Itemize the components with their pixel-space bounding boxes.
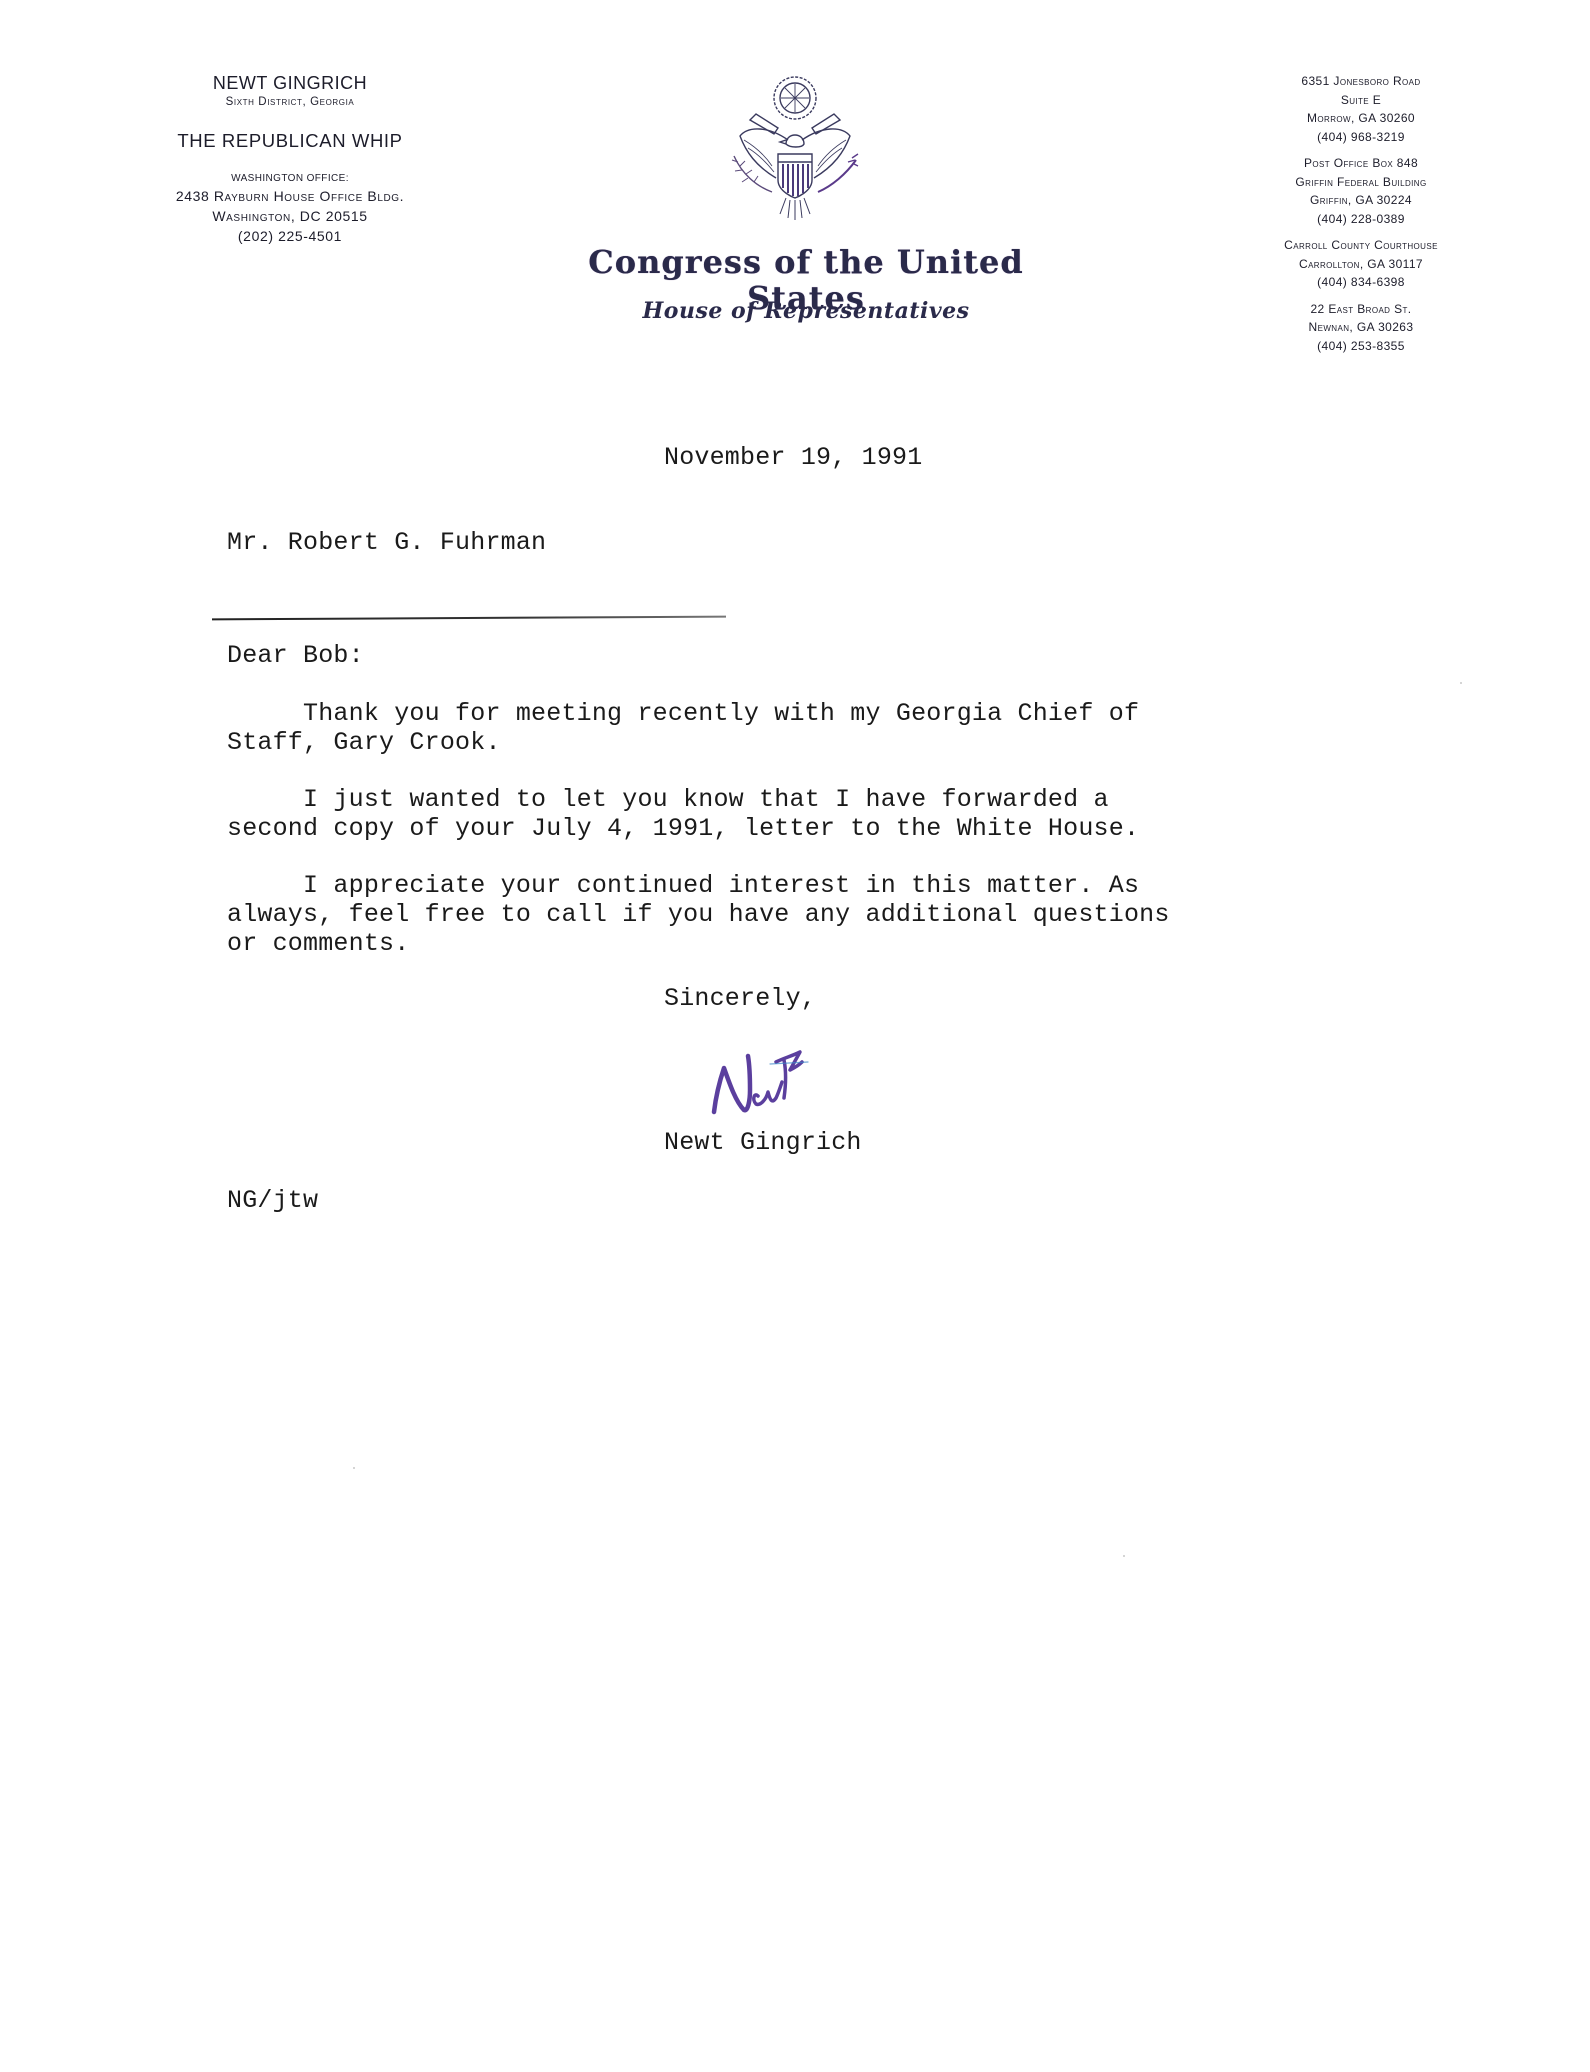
signer-name: Newt Gingrich [664, 1128, 862, 1157]
body-line: second copy of your July 4, 1991, letter… [227, 814, 1357, 843]
washington-phone: (202) 225-4501 [120, 226, 460, 246]
salutation: Dear Bob: [227, 641, 364, 670]
letterhead-left: NEWT GINGRICH Sixth District, Georgia TH… [120, 72, 460, 246]
office-line: 22 East Broad St. [1236, 300, 1486, 319]
letterhead-right-offices: 6351 Jonesboro Road Suite E Morrow, GA 3… [1236, 72, 1486, 363]
office-line: Suite E [1236, 91, 1486, 110]
body-paragraph-3: I appreciate your continued interest in … [227, 871, 1357, 958]
office-line: 6351 Jonesboro Road [1236, 72, 1486, 91]
address-underline [212, 616, 726, 621]
body-line: Thank you for meeting recently with my G… [227, 699, 1357, 728]
reference-initials: NG/jtw [227, 1186, 318, 1215]
letter-page: NEWT GINGRICH Sixth District, Georgia TH… [0, 0, 1590, 2072]
whip-title: THE REPUBLICAN WHIP [120, 130, 460, 152]
washington-address-line1: 2438 Rayburn House Office Bldg. [120, 186, 460, 206]
letter-date: November 19, 1991 [664, 443, 922, 472]
body-line: I just wanted to let you know that I hav… [227, 785, 1357, 814]
great-seal-eagle-icon [728, 74, 862, 224]
office-carrollton: Carroll County Courthouse Carrollton, GA… [1236, 236, 1486, 292]
representative-name: NEWT GINGRICH [120, 72, 460, 94]
body-paragraph-2: I just wanted to let you know that I hav… [227, 785, 1357, 843]
body-line: always, feel free to call if you have an… [227, 900, 1357, 929]
office-phone: (404) 834-6398 [1236, 273, 1486, 292]
office-phone: (404) 968-3219 [1236, 128, 1486, 147]
recipient-name: Mr. Robert G. Fuhrman [227, 528, 546, 557]
office-line: Carroll County Courthouse [1236, 236, 1486, 255]
scan-speck [1460, 682, 1462, 684]
office-line: Newnan, GA 30263 [1236, 318, 1486, 337]
scan-speck [353, 1467, 355, 1469]
body-line: Staff, Gary Crook. [227, 728, 1357, 757]
washington-address-line2: Washington, DC 20515 [120, 206, 460, 226]
house-subtitle: House of Representatives [556, 298, 1056, 324]
scan-speck [1123, 1555, 1125, 1557]
office-line: Morrow, GA 30260 [1236, 109, 1486, 128]
district: Sixth District, Georgia [120, 94, 460, 110]
office-morrow: 6351 Jonesboro Road Suite E Morrow, GA 3… [1236, 72, 1486, 146]
office-newnan: 22 East Broad St. Newnan, GA 30263 (404)… [1236, 300, 1486, 356]
office-phone: (404) 253-8355 [1236, 337, 1486, 356]
body-line: I appreciate your continued interest in … [227, 871, 1357, 900]
washington-office-label: WASHINGTON OFFICE: [120, 172, 460, 186]
office-line: Griffin Federal Building [1236, 173, 1486, 192]
office-phone: (404) 228-0389 [1236, 210, 1486, 229]
office-line: Carrollton, GA 30117 [1236, 255, 1486, 274]
body-paragraph-1: Thank you for meeting recently with my G… [227, 699, 1357, 757]
body-line: or comments. [227, 929, 1357, 958]
office-griffin: Post Office Box 848 Griffin Federal Buil… [1236, 154, 1486, 228]
office-line: Post Office Box 848 [1236, 154, 1486, 173]
office-line: Griffin, GA 30224 [1236, 191, 1486, 210]
handwritten-signature-icon [700, 1040, 830, 1140]
closing: Sincerely, [664, 984, 816, 1013]
